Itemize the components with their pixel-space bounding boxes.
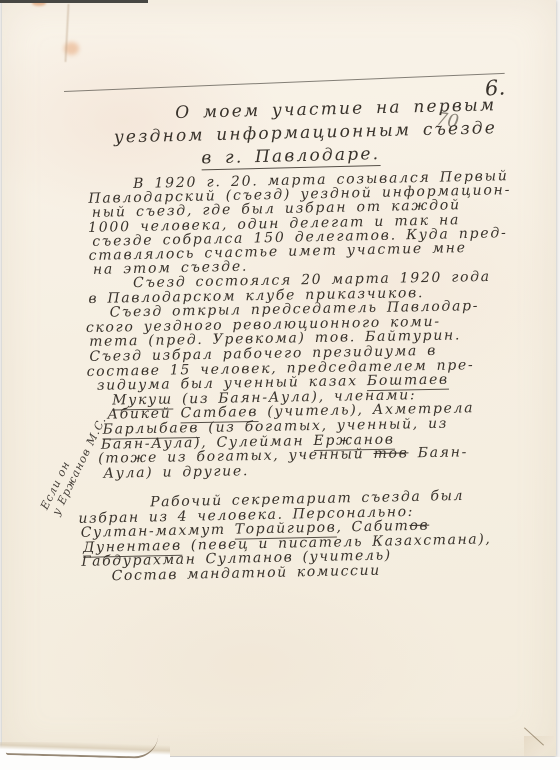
bottom-left-paper-edge (6, 731, 159, 759)
paragraph-1: В 1920 г. 20. марта созывался Первый Пав… (85, 169, 513, 277)
document-title: О моем участие на первым уездном информа… (95, 94, 498, 173)
paragraph-3: Рабочий секретариат съезда был избран из… (75, 488, 492, 584)
bottom-right-corner-fold (524, 736, 554, 756)
underlined-city: в г. Павлодаре. (201, 144, 380, 170)
line-text: Баян- (408, 444, 468, 461)
struck-word: тов (373, 446, 408, 463)
scan-background-strip (0, 757, 560, 770)
scanner-edge-artifact (0, 0, 148, 3)
paragraph-2: Съезд состоялся 20 марта 1920 года в Пав… (85, 270, 494, 481)
